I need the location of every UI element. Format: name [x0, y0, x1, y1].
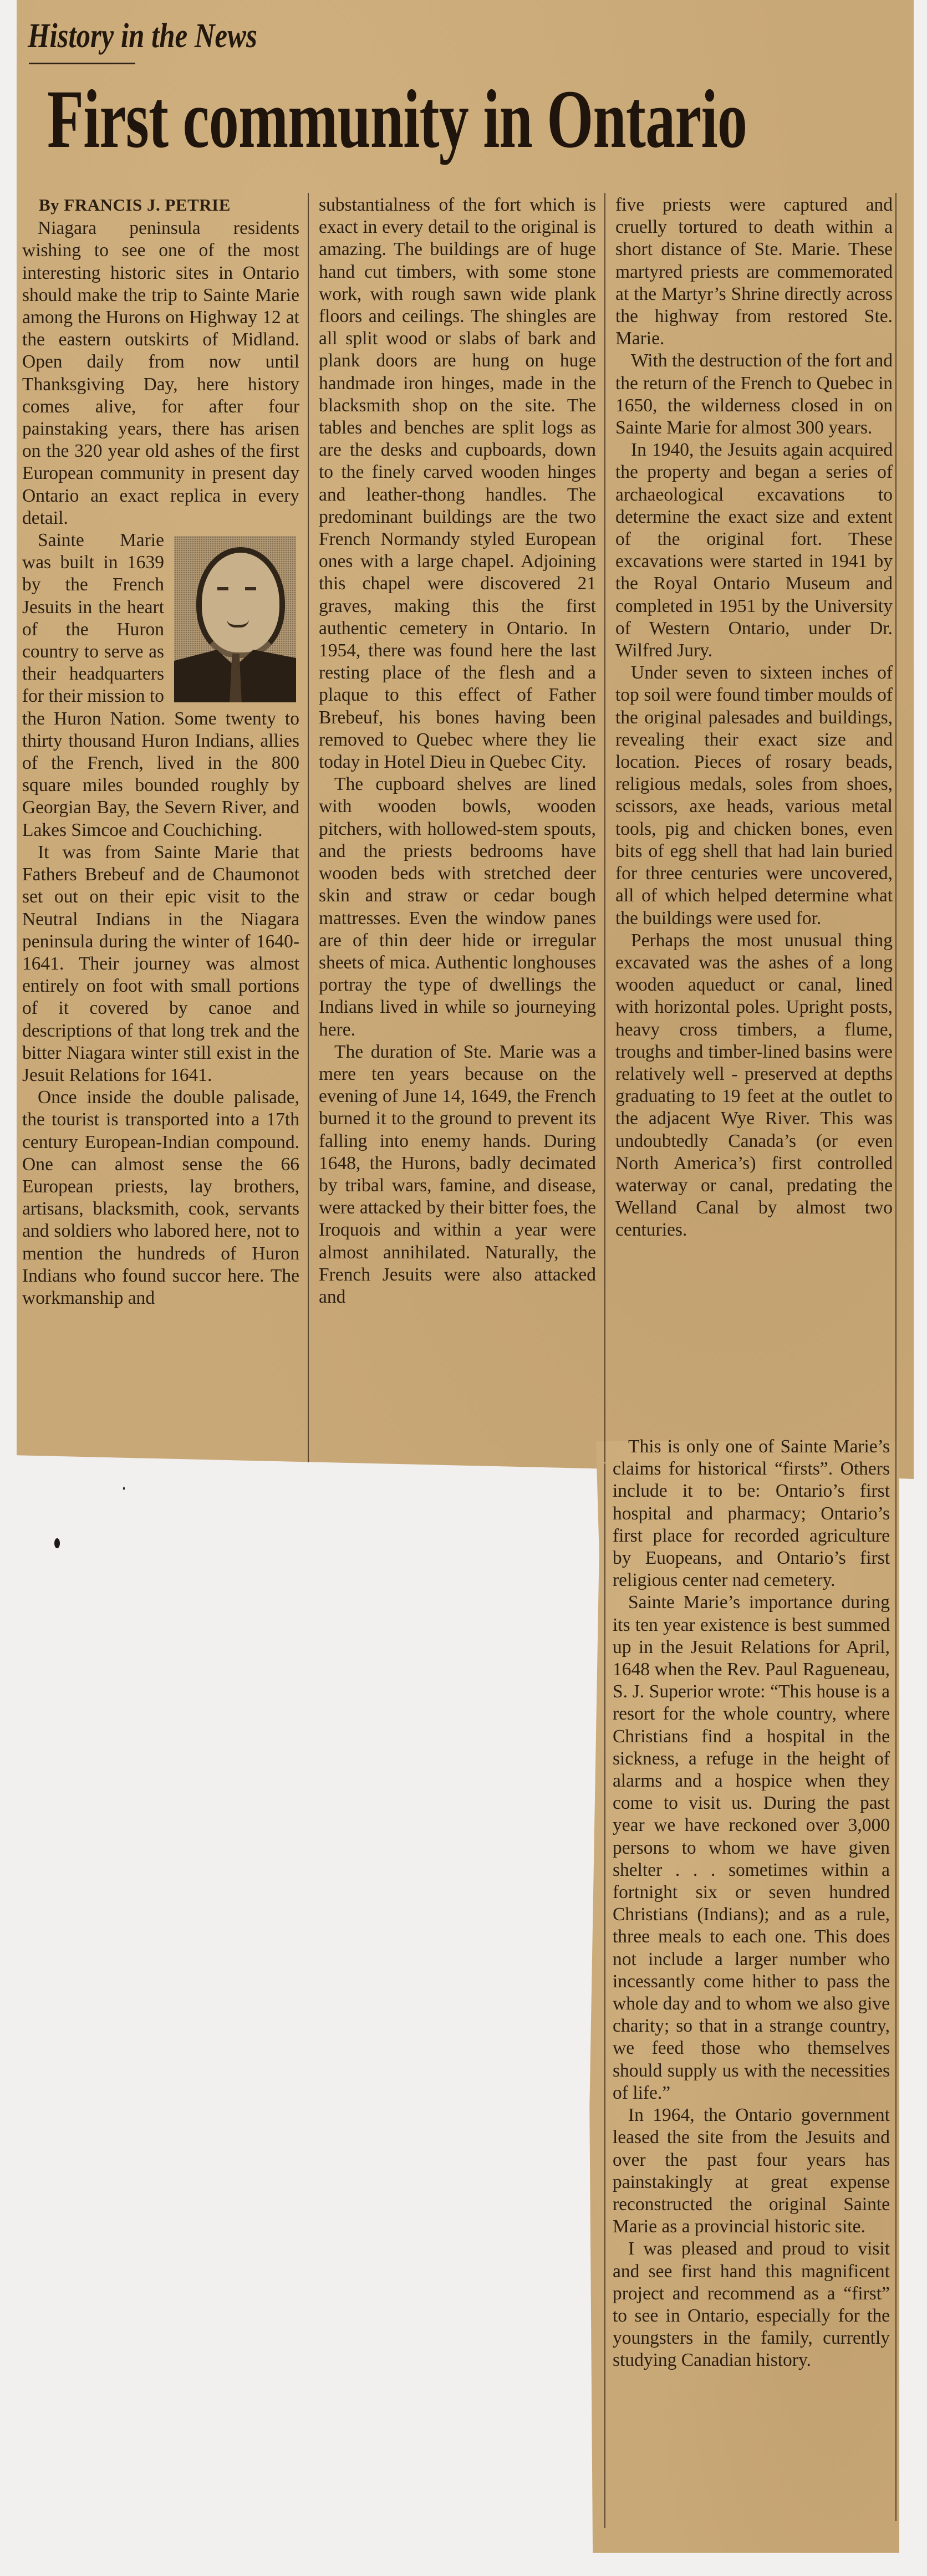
- headline: First community in Ontario: [47, 78, 747, 161]
- paragraph: Under seven to sixteen inches of top soi…: [615, 662, 893, 929]
- paragraph: I was pleased and proud to visit and see…: [613, 2238, 890, 2371]
- article-column-2: substantialness of the fort which is exa…: [319, 194, 596, 1308]
- author-photo: [174, 536, 296, 702]
- column-divider: [604, 193, 605, 1462]
- paragraph: In 1940, the Jesuits again acquired the …: [615, 439, 893, 662]
- article-column-4: This is only one of Sainte Marie’s claim…: [613, 1436, 890, 2372]
- paragraph: The cupboard shelves are lined with wood…: [319, 773, 596, 1040]
- paragraph: This is only one of Sainte Marie’s claim…: [613, 1436, 890, 1591]
- photo-head: [196, 547, 285, 658]
- column-divider: [604, 1463, 605, 2528]
- byline: By FRANCIS J. PETRIE: [22, 194, 299, 216]
- paragraph: five priests were captured and cruelly t…: [615, 194, 893, 350]
- article-column-1: By FRANCIS J. PETRIE Niagara peninsula r…: [22, 194, 299, 1309]
- paragraph: In 1964, the Ontario government leased t…: [613, 2104, 890, 2238]
- section-kicker: History in the News: [28, 17, 257, 56]
- photo-eyes: [217, 587, 256, 590]
- column-border: [895, 193, 897, 2521]
- paragraph: Perhaps the most unusual thing excavated…: [615, 930, 893, 1242]
- paragraph: With the destruction of the fort and the…: [615, 350, 893, 439]
- paragraph: substantialness of the fort which is exa…: [319, 194, 596, 773]
- paragraph: Once inside the double palisade, the tou…: [22, 1086, 299, 1309]
- column-divider: [308, 193, 309, 1462]
- paragraph: Niagara peninsula residents wishing to s…: [22, 217, 299, 529]
- paragraph: It was from Sainte Marie that Fathers Br…: [22, 841, 299, 1086]
- ink-speck: [123, 1487, 125, 1490]
- paragraph: The duration of Ste. Marie was a mere te…: [319, 1041, 596, 1308]
- photo-tie: [230, 654, 242, 702]
- ink-speck: [54, 1538, 60, 1548]
- paragraph: Sainte Marie’s importance during its ten…: [613, 1591, 890, 2104]
- kicker-underline: [29, 63, 135, 64]
- article-column-3: five priests were captured and cruelly t…: [615, 194, 893, 1242]
